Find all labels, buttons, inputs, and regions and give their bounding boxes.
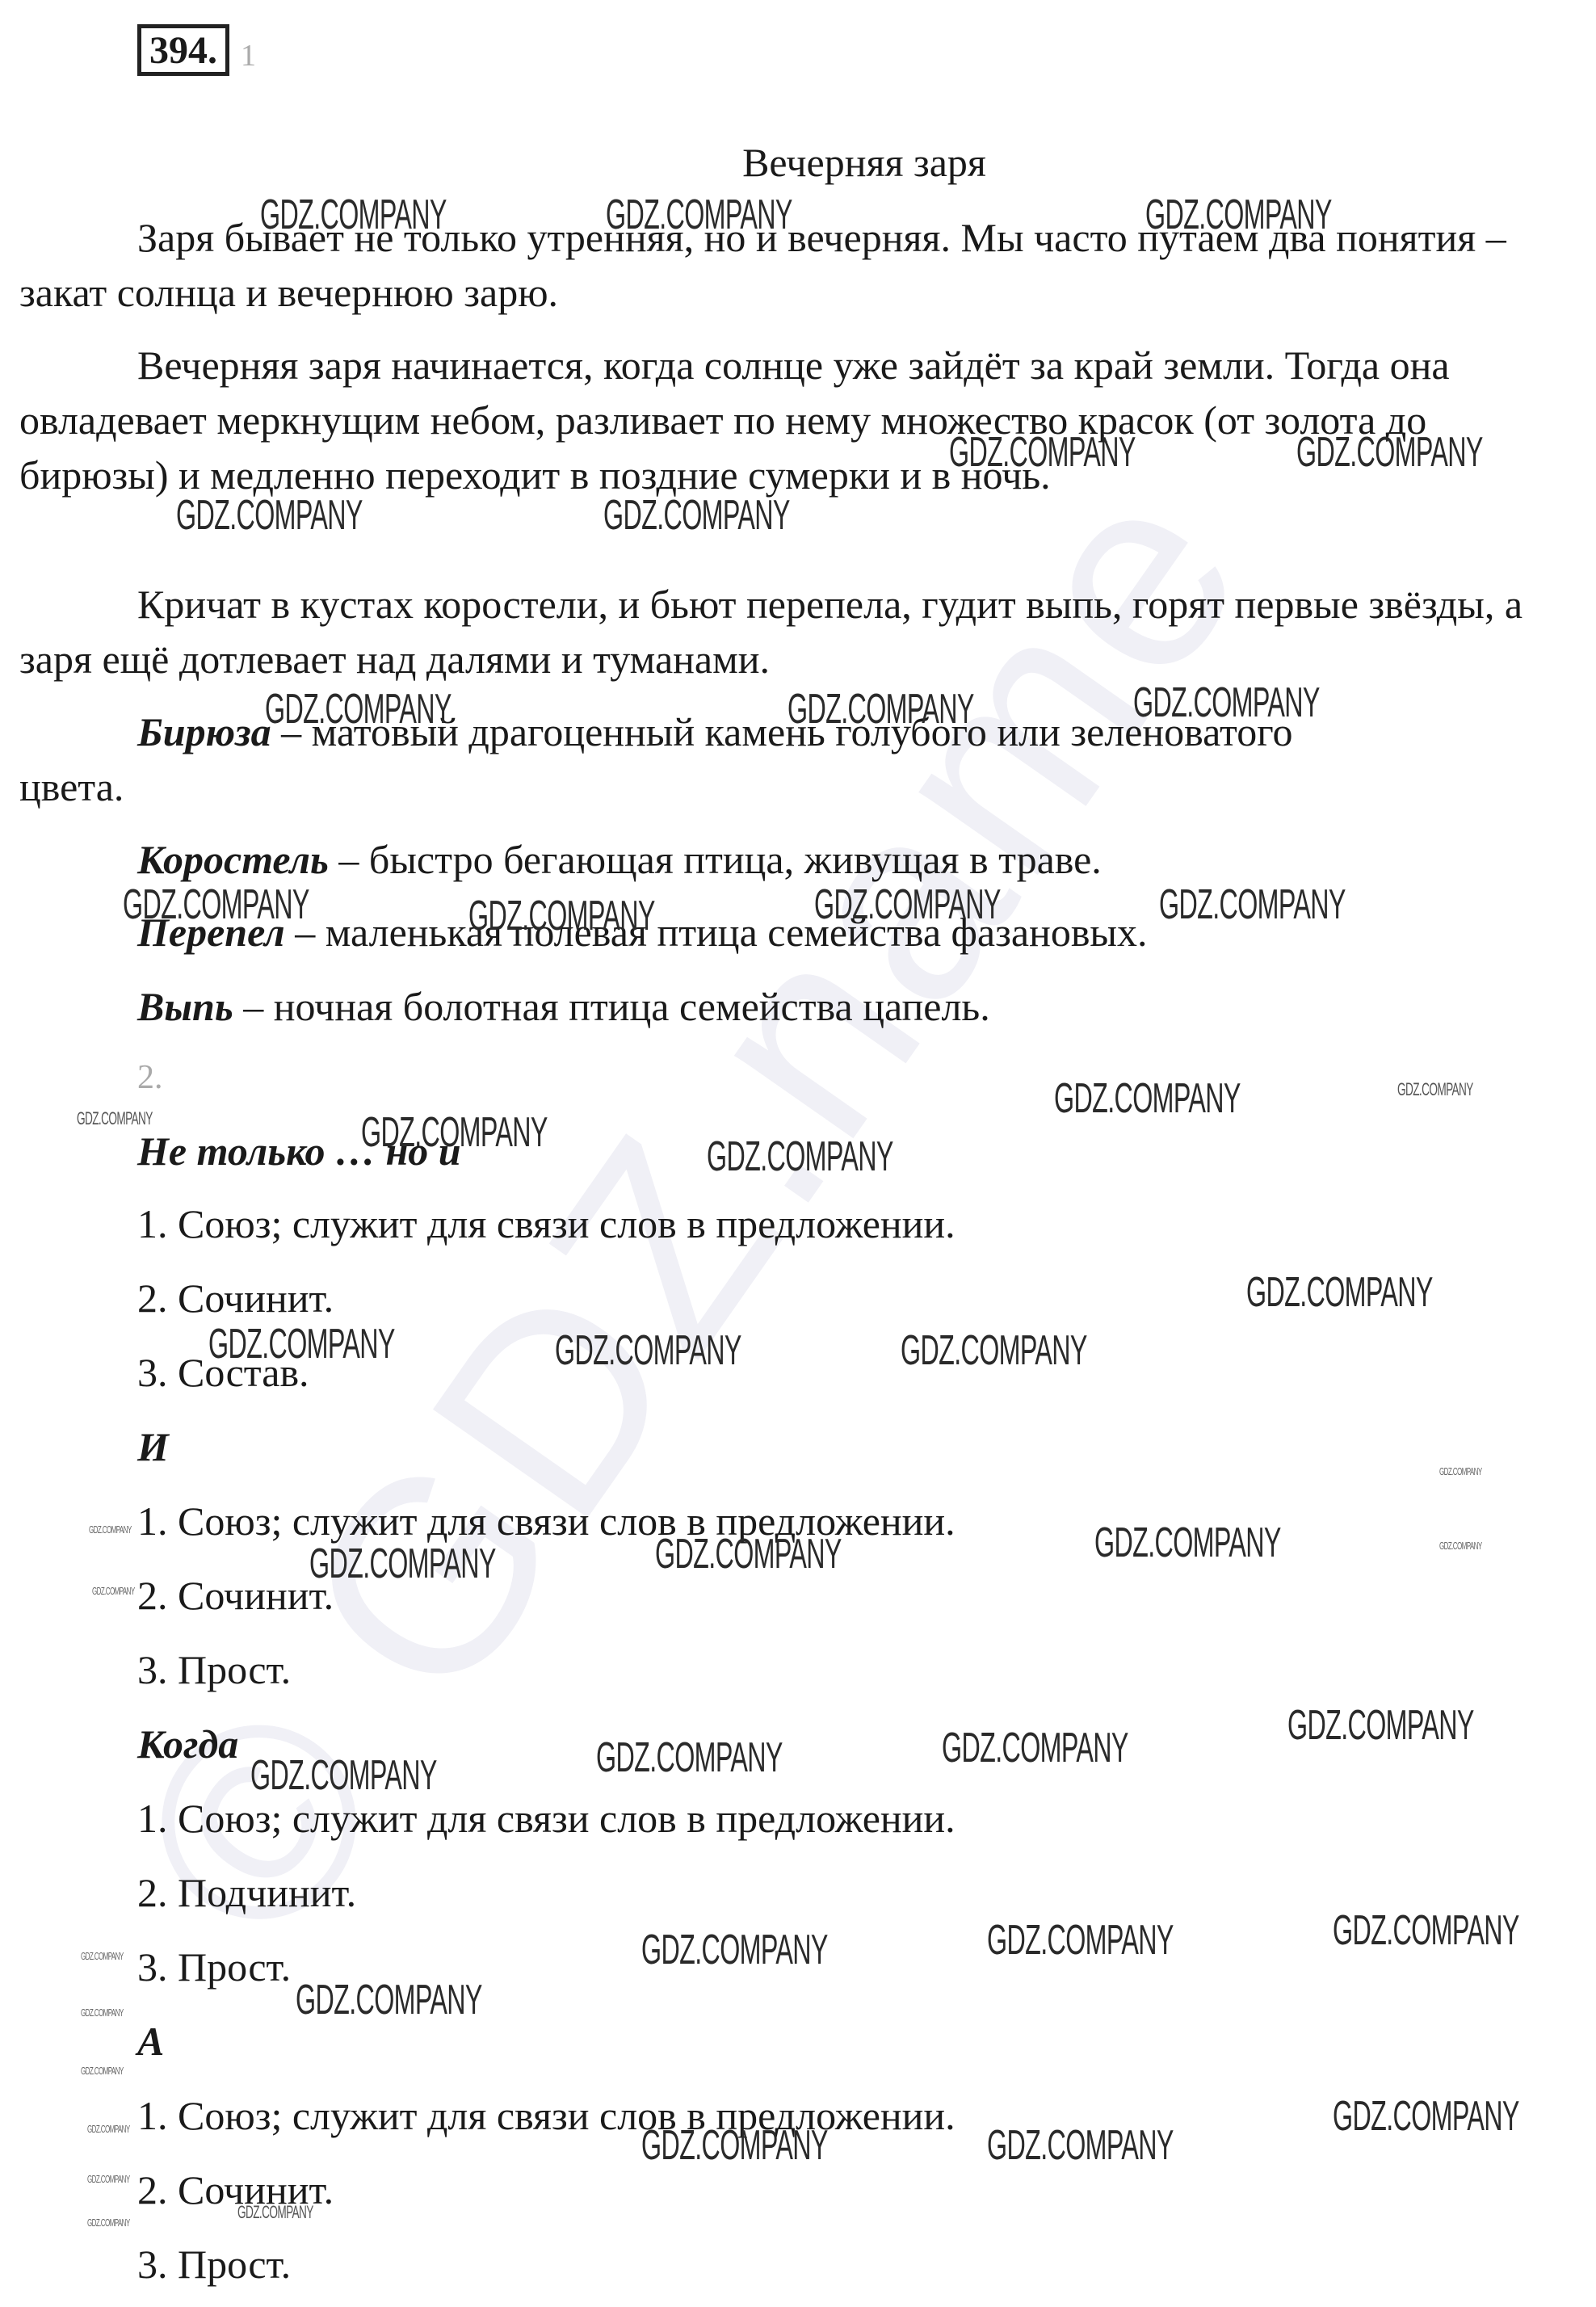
watermark-label: GDZ.COMPANY [250,1751,437,1800]
watermark-label: GDZ.COMPANY [265,685,451,733]
part2-number: 2. [137,1058,163,1097]
watermark-label: GDZ.COMPANY [176,491,363,540]
watermark-label: GDZ.COMPANY [1397,1079,1473,1100]
watermark-label: GDZ.COMPANY [603,491,790,540]
watermark-label: GDZ.COMPANY [1439,1465,1482,1477]
watermark-label: GDZ.COMPANY [987,2121,1174,2170]
watermark-label: GDZ.COMPANY [641,2121,828,2170]
watermark-label: GDZ.COMPANY [1296,428,1483,477]
watermark-label: GDZ.COMPANY [1333,2092,1519,2141]
watermark-label: GDZ.COMPANY [1246,1268,1433,1317]
paragraph-text: Кричат в кустах коростели, и бьют перепе… [19,577,1570,687]
watermark-label: GDZ.COMPANY [1094,1519,1281,1567]
watermark-label: GDZ.COMPANY [1145,191,1332,239]
watermark-label: GDZ.COMPANY [787,685,974,733]
watermark-label: GDZ.COMPANY [1054,1074,1241,1123]
group-item: 2. Сочинит. [137,1275,334,1322]
watermark-label: GDZ.COMPANY [92,1585,135,1597]
watermark-label: GDZ.COMPANY [641,1926,828,1974]
watermark-label: GDZ.COMPANY [606,191,792,239]
watermark-label: GDZ.COMPANY [707,1132,893,1181]
group-item: 1. Союз; служит для связи слов в предлож… [137,2092,955,2139]
watermark-label: GDZ.COMPANY [1439,1540,1482,1552]
essay-paragraph-3: Кричат в кустах коростели, и бьют перепе… [19,577,1570,687]
essay-title: Вечерняя заря [0,139,1596,186]
paragraph-text: Заря бывает не только утренняя, но и веч… [19,210,1570,320]
group-item: 2. Сочинит. [137,1572,334,1619]
watermark-label: GDZ.COMPANY [1333,1906,1519,1955]
group-heading-a: А [137,2018,164,2065]
watermark-label: GDZ.COMPANY [655,1530,842,1578]
watermark-label: GDZ.COMPANY [1287,1701,1474,1750]
watermark-label: GDZ.COMPANY [555,1326,741,1375]
group-item: 2. Подчинит. [137,1869,356,1916]
group-heading-i: И [137,1423,169,1470]
watermark-label: GDZ.COMPANY [468,892,655,940]
essay-paragraph-2: Вечерняя заря начинается, когда солнце у… [19,338,1570,502]
definition-text: – быстро бегающая птица, живущая в траве… [329,837,1102,882]
watermark-label: GDZ.COMPANY [123,880,309,929]
watermark-label: GDZ.COMPANY [309,1540,496,1588]
watermark-label: GDZ.COMPANY [901,1326,1087,1375]
task-number: 394. [137,24,229,76]
watermark-label: GDZ.COMPANY [81,1950,124,1962]
task-part-number: 1 [241,40,256,71]
watermark-label: GDZ.COMPANY [89,1523,132,1536]
watermark-label: GDZ.COMPANY [81,2007,124,2019]
watermark-label: GDZ.COMPANY [77,1108,153,1129]
definition-text: – ночная болотная птица семейства цапель… [233,984,990,1029]
definition-vyp: Выпь – ночная болотная птица семейства ц… [137,979,1559,1034]
watermark-label: GDZ.COMPANY [81,2065,124,2077]
watermark-label: GDZ.COMPANY [596,1733,783,1782]
group-item: 3. Прост. [137,1646,291,1693]
watermark-label: GDZ.COMPANY [1159,880,1346,929]
watermark-label: GDZ.COMPANY [987,1916,1174,1965]
definition-text: – маленькая полевая птица семейства фаза… [285,910,1148,955]
group-item: 3. Прост. [137,1944,291,1990]
watermark-label: GDZ.COMPANY [208,1320,395,1368]
watermark-label: GDZ.COMPANY [87,2217,130,2229]
definition-term: Коростель [137,837,329,882]
watermark-label: GDZ.COMPANY [296,1976,482,2024]
group-heading-kogda: Когда [137,1721,238,1767]
watermark-label: GDZ.COMPANY [1133,679,1320,727]
watermark-label: GDZ.COMPANY [237,2202,313,2223]
essay-paragraph-1: Заря бывает не только утренняя, но и веч… [19,210,1570,320]
group-item: 3. Прост. [137,2241,291,2288]
task-header: 394. 1 [137,24,256,76]
definition-term: Бирюза [137,709,271,754]
watermark-label: GDZ.COMPANY [942,1724,1128,1772]
watermark-label: GDZ.COMPANY [87,2173,130,2185]
group-item: 1. Союз; служит для связи слов в предлож… [137,1795,955,1842]
paragraph-text: Вечерняя заря начинается, когда солнце у… [19,338,1570,502]
watermark-label: GDZ.COMPANY [361,1108,548,1157]
watermark-label: GDZ.COMPANY [949,428,1136,477]
definition-korostel: Коростель – быстро бегающая птица, живущ… [137,832,1559,887]
watermark-label: GDZ.COMPANY [814,880,1001,929]
watermark-label: GDZ.COMPANY [87,2123,130,2135]
watermark-label: GDZ.COMPANY [260,191,447,239]
definition-continuation: цвета. [19,763,124,810]
group-item: 1. Союз; служит для связи слов в предлож… [137,1200,955,1247]
definition-term: Выпь [137,984,233,1029]
